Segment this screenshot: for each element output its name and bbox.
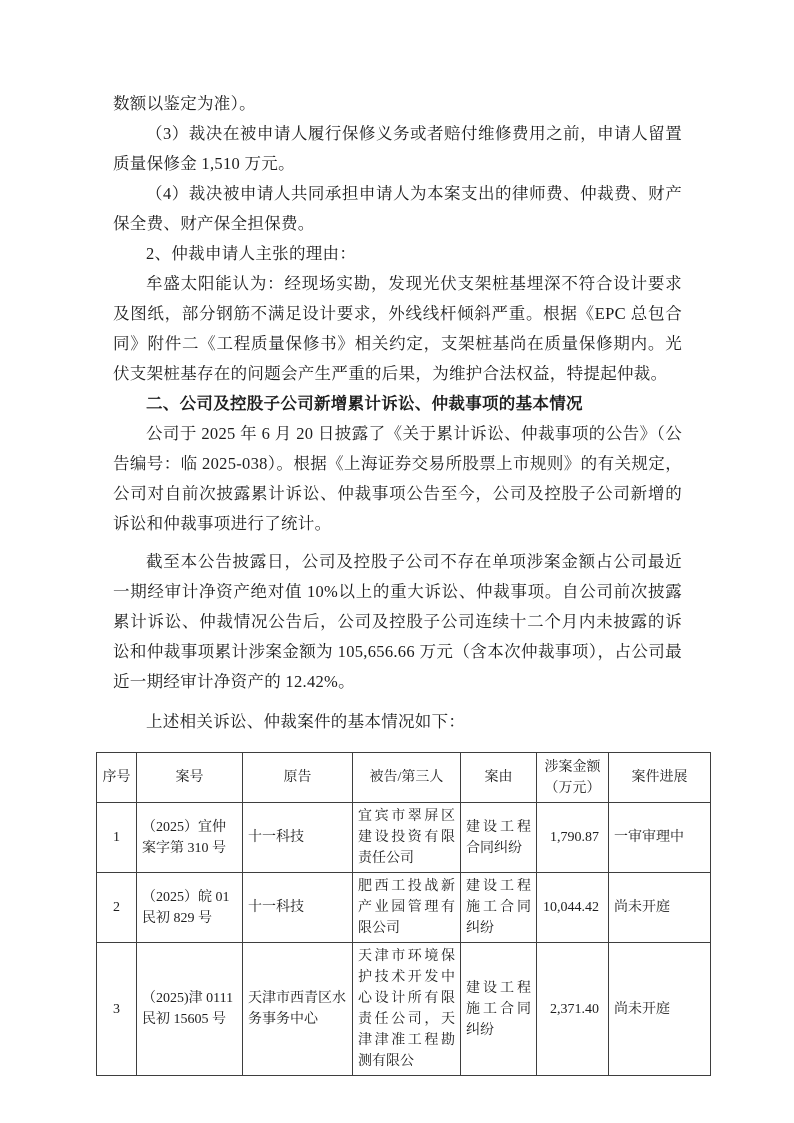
th-cause: 案由 xyxy=(461,753,537,803)
cell-amount: 1,790.87 xyxy=(537,803,609,873)
case-table: 序号 案号 原告 被告/第三人 案由 涉案金额（万元） 案件进展 1 （2025… xyxy=(96,752,711,1076)
paragraph-award-4: （4）裁决被申请人共同承担申请人为本案支出的律师费、仲裁费、财产保全费、财产保全… xyxy=(113,179,682,239)
th-progress: 案件进展 xyxy=(609,753,711,803)
table-row: 3 （2025)津 0111 民初 15605 号 天津市西青区水务事务中心 天… xyxy=(97,943,711,1076)
cell-plaintiff: 十一科技 xyxy=(243,803,353,873)
cell-amount: 2,371.40 xyxy=(537,943,609,1076)
paragraph-claim-reason: 牟盛太阳能认为：经现场实勘，发现光伏支架桩基埋深不符合设计要求及图纸，部分钢筋不… xyxy=(113,269,682,389)
cell-amount: 10,044.42 xyxy=(537,873,609,943)
cell-seq: 3 xyxy=(97,943,137,1076)
cell-defendant: 宜宾市翠屏区建设投资有限责任公司 xyxy=(353,803,461,873)
th-seq: 序号 xyxy=(97,753,137,803)
case-table-header: 序号 案号 原告 被告/第三人 案由 涉案金额（万元） 案件进展 xyxy=(97,753,711,803)
cell-defendant: 天津市环境保护技术开发中心设计所有限责任公司，天津津准工程勘测有限公 xyxy=(353,943,461,1076)
cell-progress: 尚未开庭 xyxy=(609,943,711,1076)
cell-cause: 建设工程合同纠纷 xyxy=(461,803,537,873)
th-case-no: 案号 xyxy=(137,753,243,803)
body-text: 数额以鉴定为准）。 （3）裁决在被申请人履行保修义务或者赔付维修费用之前，申请人… xyxy=(113,89,682,737)
cell-case-no: （2025）皖 01 民初 829 号 xyxy=(137,873,243,943)
cell-seq: 2 xyxy=(97,873,137,943)
cell-cause: 建设工程施工合同纠纷 xyxy=(461,943,537,1076)
th-amount: 涉案金额（万元） xyxy=(537,753,609,803)
cell-case-no: （2025)津 0111 民初 15605 号 xyxy=(137,943,243,1076)
cell-plaintiff: 十一科技 xyxy=(243,873,353,943)
cell-defendant: 肥西工投战新产业园管理有限公司 xyxy=(353,873,461,943)
paragraph-claim-reason-heading: 2、仲裁申请人主张的理由： xyxy=(113,239,682,269)
cell-seq: 1 xyxy=(97,803,137,873)
paragraph-award-3: （3）裁决在被申请人履行保修义务或者赔付维修费用之前，申请人留置质量保修金 1,… xyxy=(113,119,682,179)
table-row: 1 （2025）宜仲案字第 310 号 十一科技 宜宾市翠屏区建设投资有限责任公… xyxy=(97,803,711,873)
document-page: 数额以鉴定为准）。 （3）裁决在被申请人履行保修义务或者赔付维修费用之前，申请人… xyxy=(0,0,794,1123)
paragraph-disclosure: 公司于 2025 年 6 月 20 日披露了《关于累计诉讼、仲裁事项的公告》（公… xyxy=(113,419,682,539)
th-plaintiff: 原告 xyxy=(243,753,353,803)
cell-cause: 建设工程施工合同纠纷 xyxy=(461,873,537,943)
cell-progress: 尚未开庭 xyxy=(609,873,711,943)
section-heading-2: 二、公司及控股子公司新增累计诉讼、仲裁事项的基本情况 xyxy=(113,389,682,419)
cell-plaintiff: 天津市西青区水务事务中心 xyxy=(243,943,353,1076)
th-defendant: 被告/第三人 xyxy=(353,753,461,803)
table-row: 2 （2025）皖 01 民初 829 号 十一科技 肥西工投战新产业园管理有限… xyxy=(97,873,711,943)
paragraph-table-intro: 上述相关诉讼、仲裁案件的基本情况如下： xyxy=(113,707,682,737)
cell-case-no: （2025）宜仲案字第 310 号 xyxy=(137,803,243,873)
cell-progress: 一审审理中 xyxy=(609,803,711,873)
paragraph-continuation: 数额以鉴定为准）。 xyxy=(113,89,682,119)
paragraph-cumulative-amount: 截至本公告披露日，公司及控股子公司不存在单项涉案金额占公司最近一期经审计净资产绝… xyxy=(113,547,682,697)
